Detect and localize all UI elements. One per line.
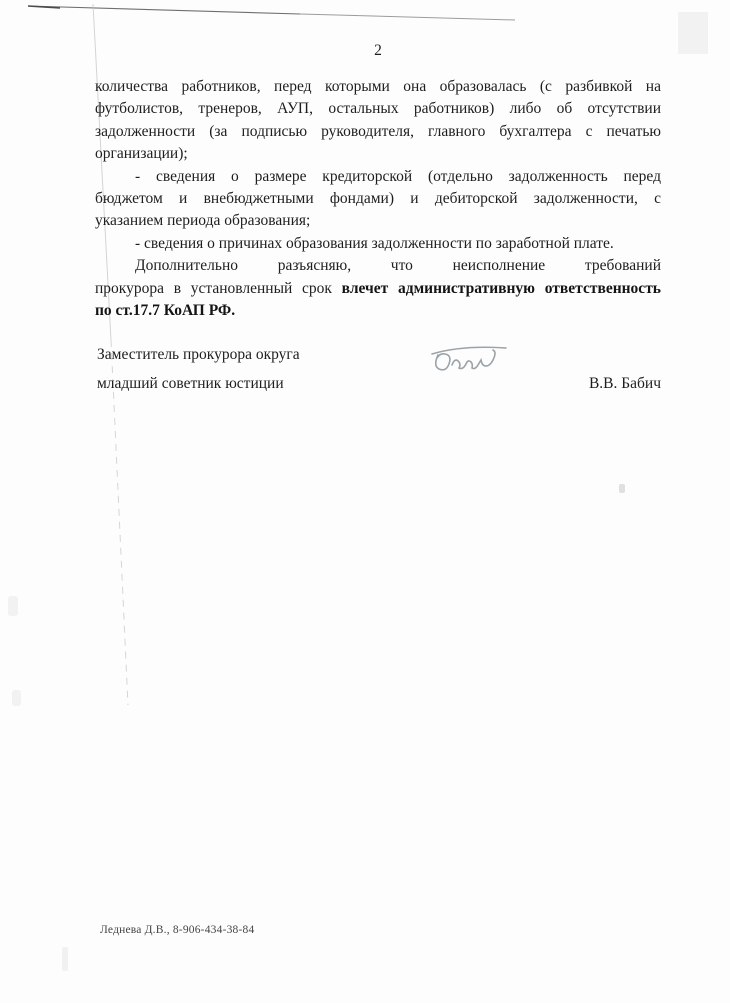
scan-edge-line <box>28 6 300 14</box>
body-text-line-5: - сведения о размере кредиторской (отдел… <box>95 166 661 188</box>
body-text-line-7: указанием периода образования; <box>95 210 661 232</box>
handwritten-signature <box>432 347 506 370</box>
speck-right <box>619 484 625 493</box>
smudge-left-1 <box>8 596 18 616</box>
body-text-line-3: задолженности (за подписью руководителя,… <box>95 121 661 143</box>
smudge-bottom-left <box>62 947 68 971</box>
signer-position-line-1: Заместитель прокурора округа <box>97 346 300 364</box>
executor-contact: Леднева Д.В., 8-906-434-38-84 <box>100 924 254 936</box>
page-number: 2 <box>95 42 661 60</box>
smudge-top-right <box>678 12 708 54</box>
body-text-line-10: прокурора в установленный срок влечет ад… <box>95 278 661 300</box>
scanned-document-page: 2 количества работников, перед которыми … <box>0 0 730 1003</box>
line-10-bold-part: влечет административную ответственность <box>342 280 661 297</box>
document-body: количества работников, перед которыми он… <box>95 76 661 322</box>
body-text-line-4: организации); <box>95 143 661 165</box>
body-text-line-11: по ст.17.7 КоАП РФ. <box>95 300 661 322</box>
body-text-line-1: количества работников, перед которыми он… <box>95 76 661 98</box>
body-text-line-8: - сведения о причинах образования задолж… <box>95 233 661 255</box>
scan-edge-line-fade <box>300 14 515 20</box>
fold-line-lower <box>111 340 128 705</box>
body-text-line-9: Дополнительно разъясняю, что неисполнени… <box>95 255 661 277</box>
signer-name: В.В. Бабич <box>95 375 661 393</box>
smudge-left-2 <box>12 690 21 706</box>
line-10-normal-part: прокурора в установленный срок <box>95 280 332 297</box>
body-text-line-2: футболистов, тренеров, АУП, остальных ра… <box>95 98 661 120</box>
scan-edge-line-dark-start <box>28 6 60 8</box>
body-text-line-6: бюджетом и внебюджетными фондами) и деби… <box>95 188 661 210</box>
